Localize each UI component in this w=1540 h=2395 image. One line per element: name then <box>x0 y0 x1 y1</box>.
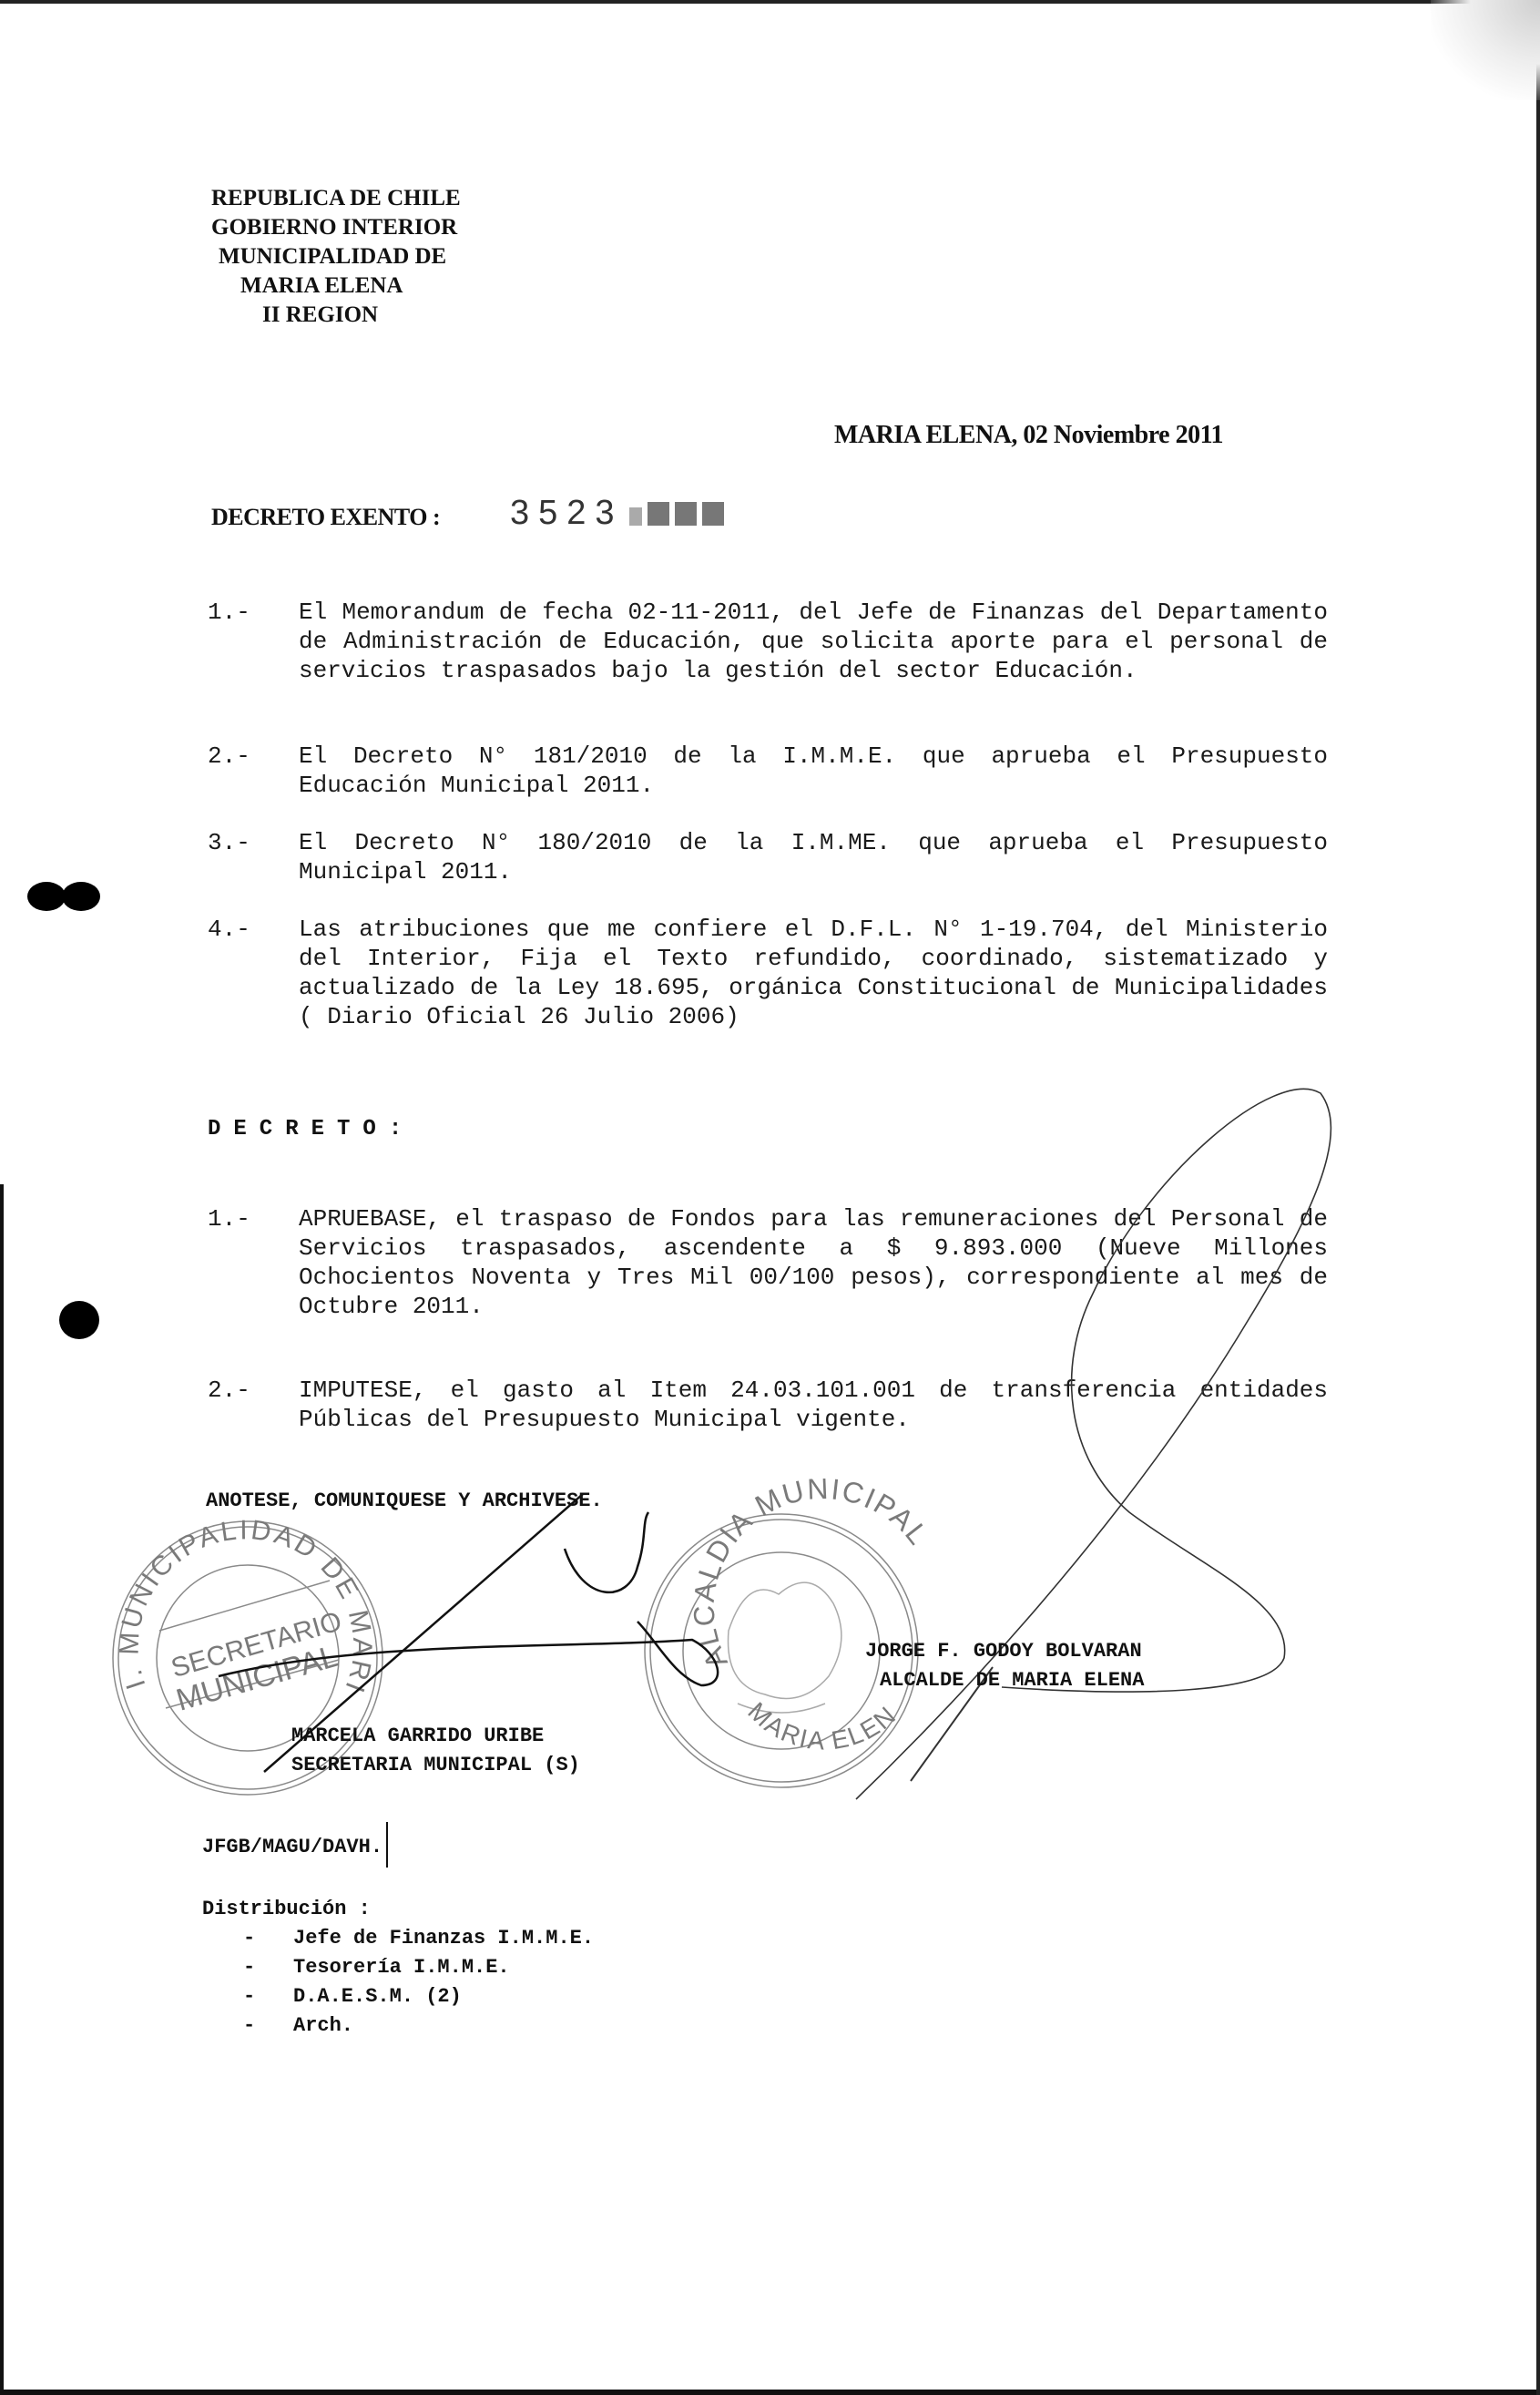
stamp-mark-icon <box>702 502 724 526</box>
item-text: Las atribuciones que me confiere el D.F.… <box>299 915 1328 1031</box>
decree-number: 3523 <box>510 494 724 533</box>
item-text: El Decreto N° 181/2010 de la I.M.M.E. qu… <box>299 742 1328 800</box>
item-number: 1.- <box>208 1204 250 1233</box>
item-text: El Memorandum de fecha 02-11-2011, del J… <box>299 598 1328 685</box>
scan-edge-bottom <box>0 2390 1540 2395</box>
resolution-item: 2.- IMPUTESE, el gasto al Item 24.03.101… <box>208 1376 1328 1434</box>
distribution-item: -Tesorería I.M.M.E. <box>202 1953 594 1982</box>
mayor-signature-block: JORGE F. GODOY BOLVARAN ALCALDE DE MARIA… <box>865 1637 1144 1695</box>
letterhead: REPUBLICA DE CHILE GOBIERNO INTERIOR MUN… <box>211 184 461 330</box>
distribution-list: -Jefe de Finanzas I.M.M.E. -Tesorería I.… <box>202 1924 594 2041</box>
date-line: MARIA ELENA, 02 Noviembre 2011 <box>834 421 1223 450</box>
mayor-name: JORGE F. GODOY BOLVARAN <box>865 1637 1144 1666</box>
letterhead-line: MUNICIPALIDAD DE <box>219 242 461 271</box>
initials-line: JFGB/MAGU/DAVH. <box>202 1833 382 1862</box>
punch-hole-icon <box>27 882 66 911</box>
secretary-name: MARCELA GARRIDO URIBE <box>291 1722 580 1751</box>
item-text: APRUEBASE, el traspaso de Fondos para la… <box>299 1204 1328 1321</box>
punch-hole-icon <box>59 1301 99 1339</box>
distribution-item: -Jefe de Finanzas I.M.M.E. <box>202 1924 594 1953</box>
secretary-signature-block: MARCELA GARRIDO URIBE SECRETARIA MUNICIP… <box>291 1722 580 1780</box>
stamp-mark-icon <box>648 502 669 526</box>
item-number: 1.- <box>208 598 250 627</box>
stamp-mark-icon <box>629 507 642 526</box>
letterhead-line: II REGION <box>262 301 461 330</box>
letterhead-line: MARIA ELENA <box>240 271 461 301</box>
consideration-item: 4.- Las atribuciones que me confiere el … <box>208 915 1328 1031</box>
scan-edge-left <box>0 1184 4 2395</box>
decree-label: DECRETO EXENTO : <box>211 504 440 531</box>
item-number: 4.- <box>208 915 250 944</box>
scan-shadow <box>1431 0 1540 100</box>
item-text: El Decreto N° 180/2010 de la I.M.ME. que… <box>299 828 1328 886</box>
distribution-label: Distribución : <box>202 1895 594 1924</box>
distribution-item: -Arch. <box>202 2011 594 2041</box>
distribution-block: Distribución : -Jefe de Finanzas I.M.M.E… <box>202 1895 594 2041</box>
letterhead-line: REPUBLICA DE CHILE <box>211 184 461 213</box>
scan-edge-right <box>1536 55 1540 2395</box>
item-number: 2.- <box>208 742 250 771</box>
letterhead-line: GOBIERNO INTERIOR <box>211 213 461 242</box>
secretary-seal-inner-2: MUNICIPAL <box>172 1639 342 1718</box>
stamp-mark-icon <box>675 502 697 526</box>
punch-hole-icon <box>62 882 100 911</box>
item-number: 3.- <box>208 828 250 857</box>
consideration-item: 2.- El Decreto N° 181/2010 de la I.M.M.E… <box>208 742 1328 800</box>
item-text: IMPUTESE, el gasto al Item 24.03.101.001… <box>299 1376 1328 1434</box>
scan-edge-top <box>0 0 1540 4</box>
consideration-item: 1.- El Memorandum de fecha 02-11-2011, d… <box>208 598 1328 685</box>
secretary-seal-inner-1: SECRETARIO <box>168 1606 344 1684</box>
resolution-item: 1.- APRUEBASE, el traspaso de Fondos par… <box>208 1204 1328 1321</box>
item-number: 2.- <box>208 1376 250 1405</box>
secretary-title: SECRETARIA MUNICIPAL (S) <box>291 1751 580 1780</box>
distribution-item: -D.A.E.S.M. (2) <box>202 1982 594 2011</box>
decree-number-value: 3523 <box>510 494 624 532</box>
decreto-heading: DECRETO: <box>208 1117 414 1141</box>
mayor-title: ALCALDE DE MARIA ELENA <box>880 1666 1144 1695</box>
consideration-item: 3.- El Decreto N° 180/2010 de la I.M.ME.… <box>208 828 1328 886</box>
closing-formula: ANOTESE, COMUNIQUESE Y ARCHIVESE. <box>206 1487 603 1516</box>
